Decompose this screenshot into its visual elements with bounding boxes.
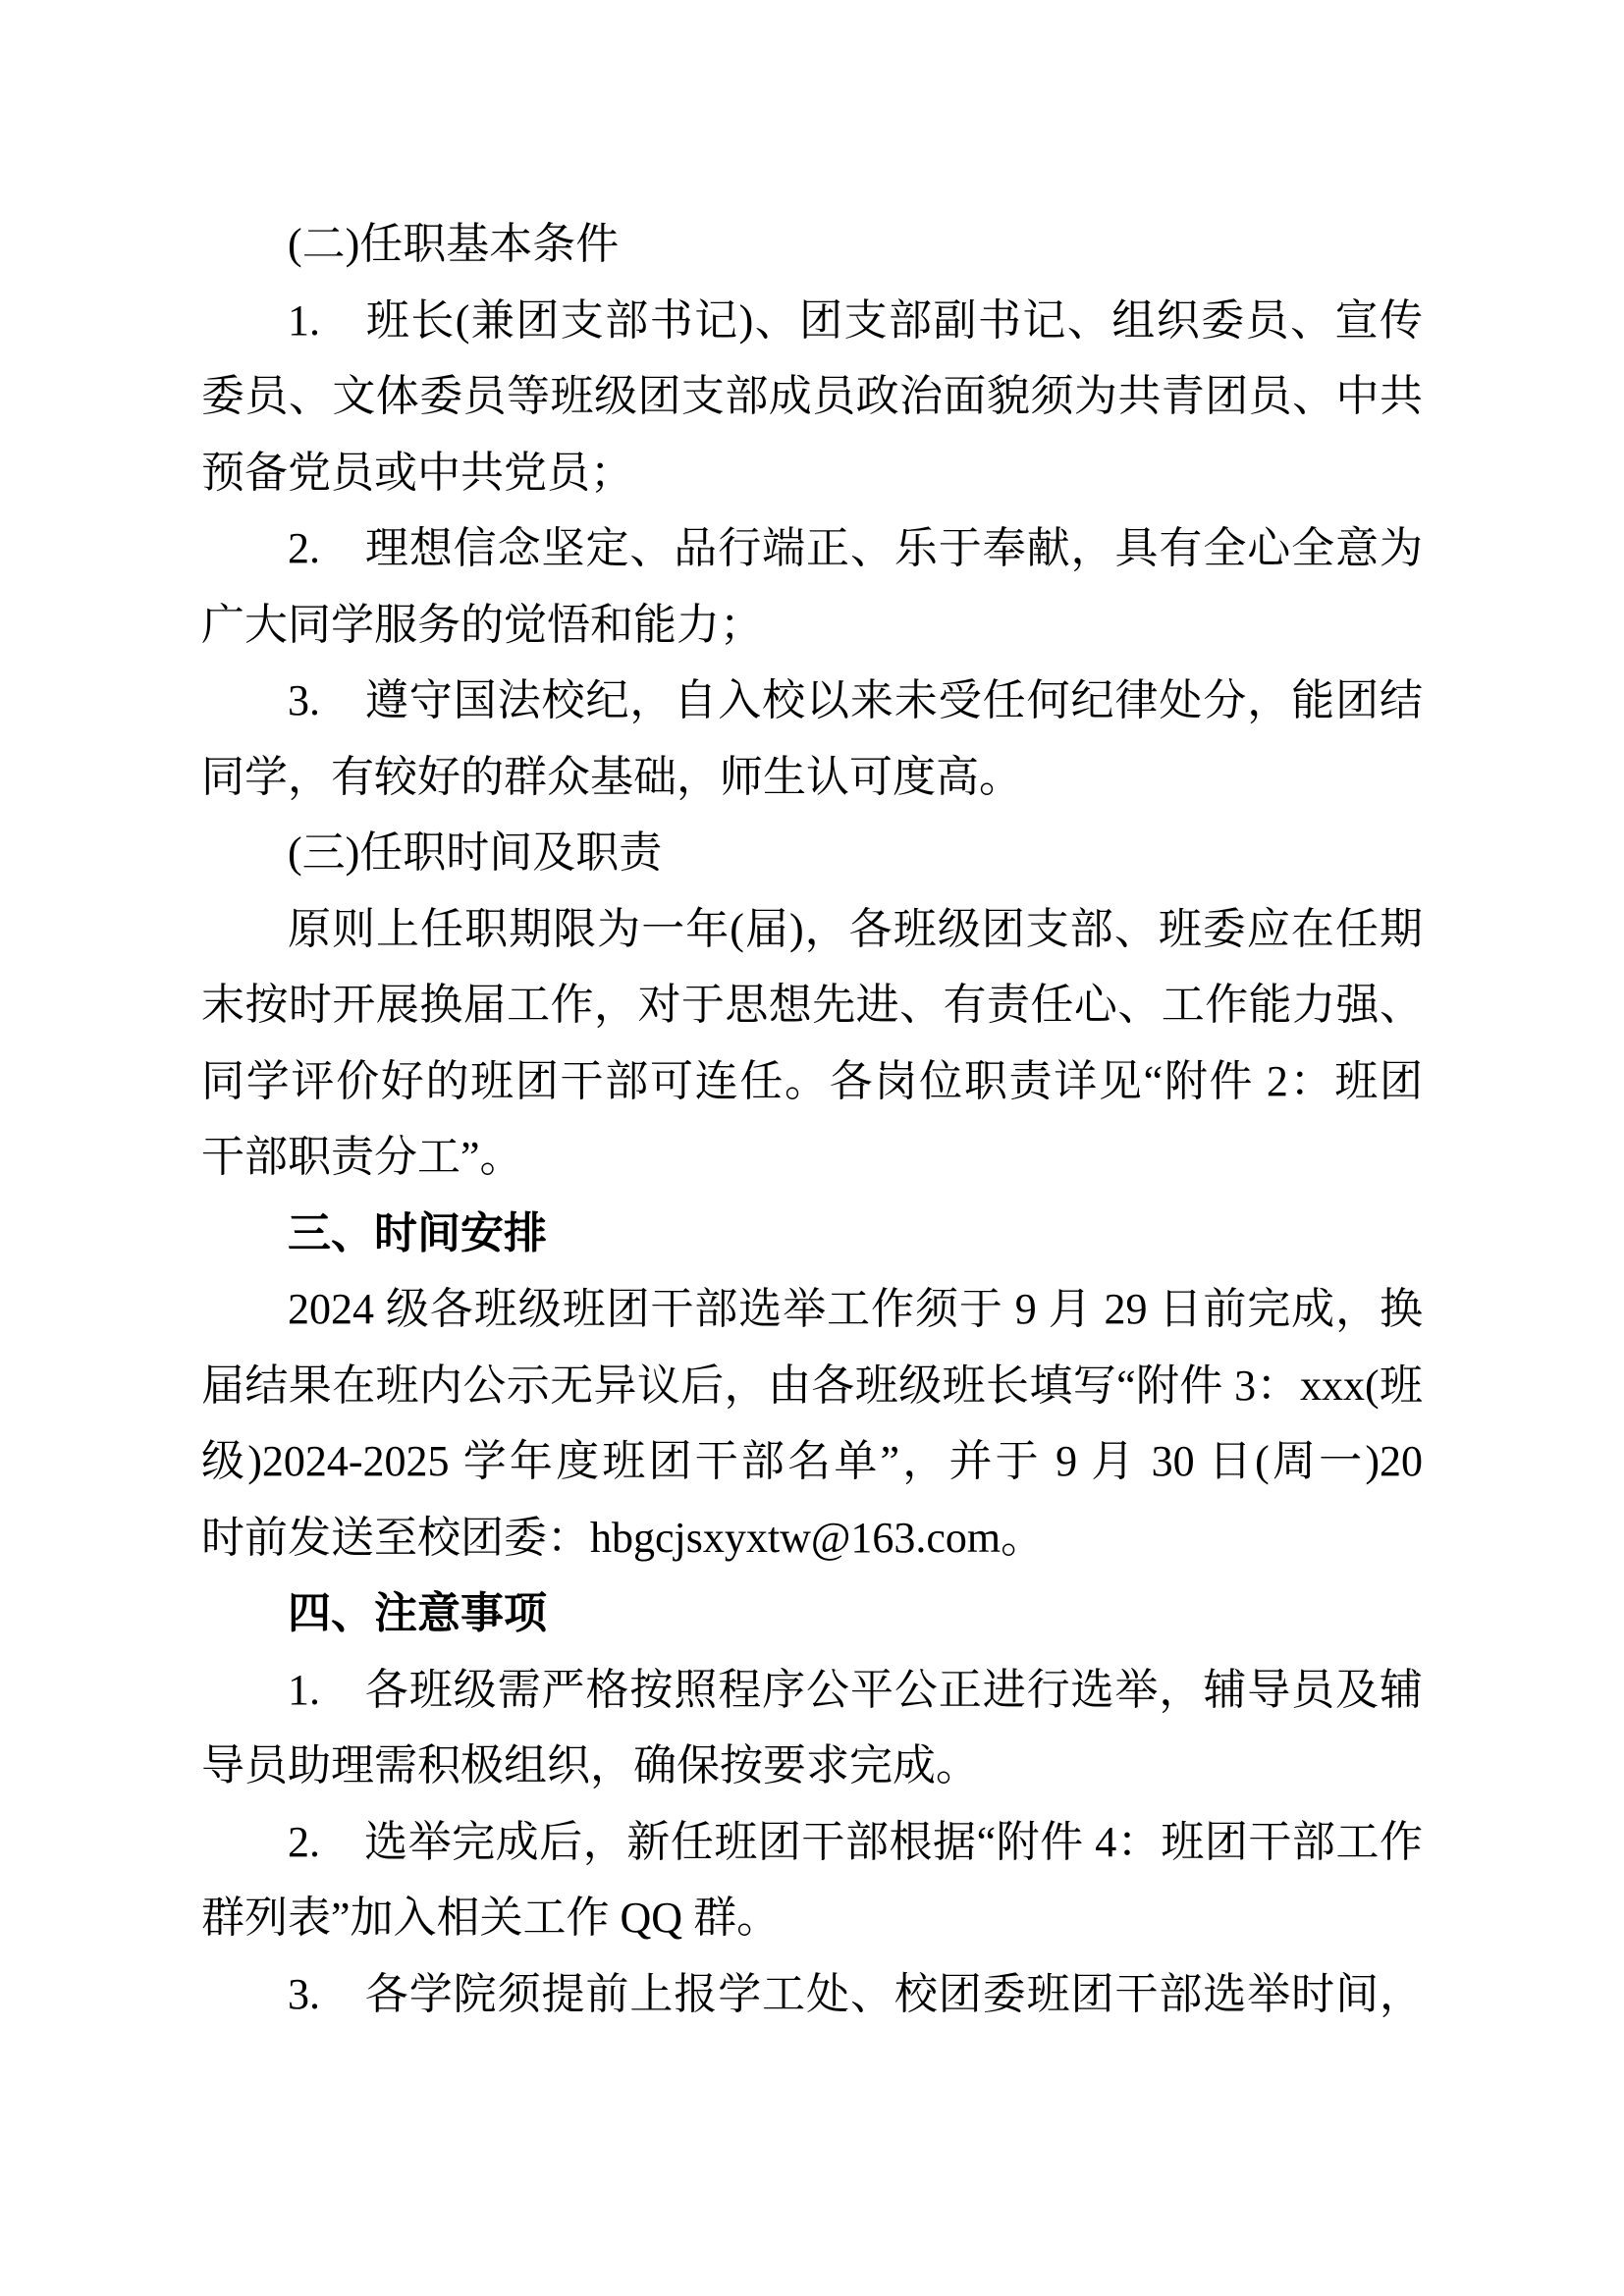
body-line-email: 时前发送至校团委：hbgcjsxyxtw@163.com。	[201, 1500, 1423, 1576]
body-line: 级)2024-2025 学年度班团干部名单”，并于 9 月 30 日(周一)20	[201, 1423, 1423, 1500]
body-line: 2. 选举完成后，新任班团干部根据“附件 4：班团干部工作	[201, 1804, 1423, 1881]
document-body: (二)任职基本条件 1. 班长(兼团支部书记)、团支部副书记、组织委员、宣传 委…	[201, 206, 1423, 2032]
body-line: 干部职责分工”。	[201, 1119, 1423, 1196]
body-line: 广大同学服务的觉悟和能力；	[201, 587, 1423, 664]
subsection-heading-qualifications: (二)任职基本条件	[201, 206, 1423, 283]
body-line: 届结果在班内公示无异议后，由各班级班长填写“附件 3：xxx(班	[201, 1348, 1423, 1424]
body-line: 3. 各学院须提前上报学工处、校团委班团干部选举时间，	[201, 1956, 1423, 2033]
body-line: 原则上任职期限为一年(届)，各班级团支部、班委应在任期	[201, 891, 1423, 968]
body-line: 群列表”加入相关工作 QQ 群。	[201, 1880, 1423, 1956]
body-line: 末按时开展换届工作，对于思想先进、有责任心、工作能力强、	[201, 967, 1423, 1043]
body-line: 2024 级各班级班团干部选举工作须于 9 月 29 日前完成，换	[201, 1271, 1423, 1348]
document-page: (二)任职基本条件 1. 班长(兼团支部书记)、团支部副书记、组织委员、宣传 委…	[0, 0, 1624, 2296]
section-heading-schedule: 三、时间安排	[201, 1196, 1423, 1272]
subsection-heading-term-duties: (三)任职时间及职责	[201, 815, 1423, 891]
body-line: 预备党员或中共党员；	[201, 435, 1423, 511]
body-line: 2. 理想信念坚定、品行端正、乐于奉献，具有全心全意为	[201, 510, 1423, 587]
body-line: 1. 各班级需严格按照程序公平公正进行选举，辅导员及辅	[201, 1652, 1423, 1729]
body-line: 同学评价好的班团干部可连任。各岗位职责详见“附件 2：班团	[201, 1043, 1423, 1120]
body-line: 同学，有较好的群众基础，师生认可度高。	[201, 739, 1423, 816]
body-line: 3. 遵守国法校纪，自入校以来未受任何纪律处分，能团结	[201, 663, 1423, 739]
body-line: 委员、文体委员等班级团支部成员政治面貌须为共青团员、中共	[201, 358, 1423, 435]
section-heading-notes: 四、注意事项	[201, 1575, 1423, 1652]
body-line: 导员助理需积极组织，确保按要求完成。	[201, 1728, 1423, 1804]
body-line: 1. 班长(兼团支部书记)、团支部副书记、组织委员、宣传	[201, 283, 1423, 359]
